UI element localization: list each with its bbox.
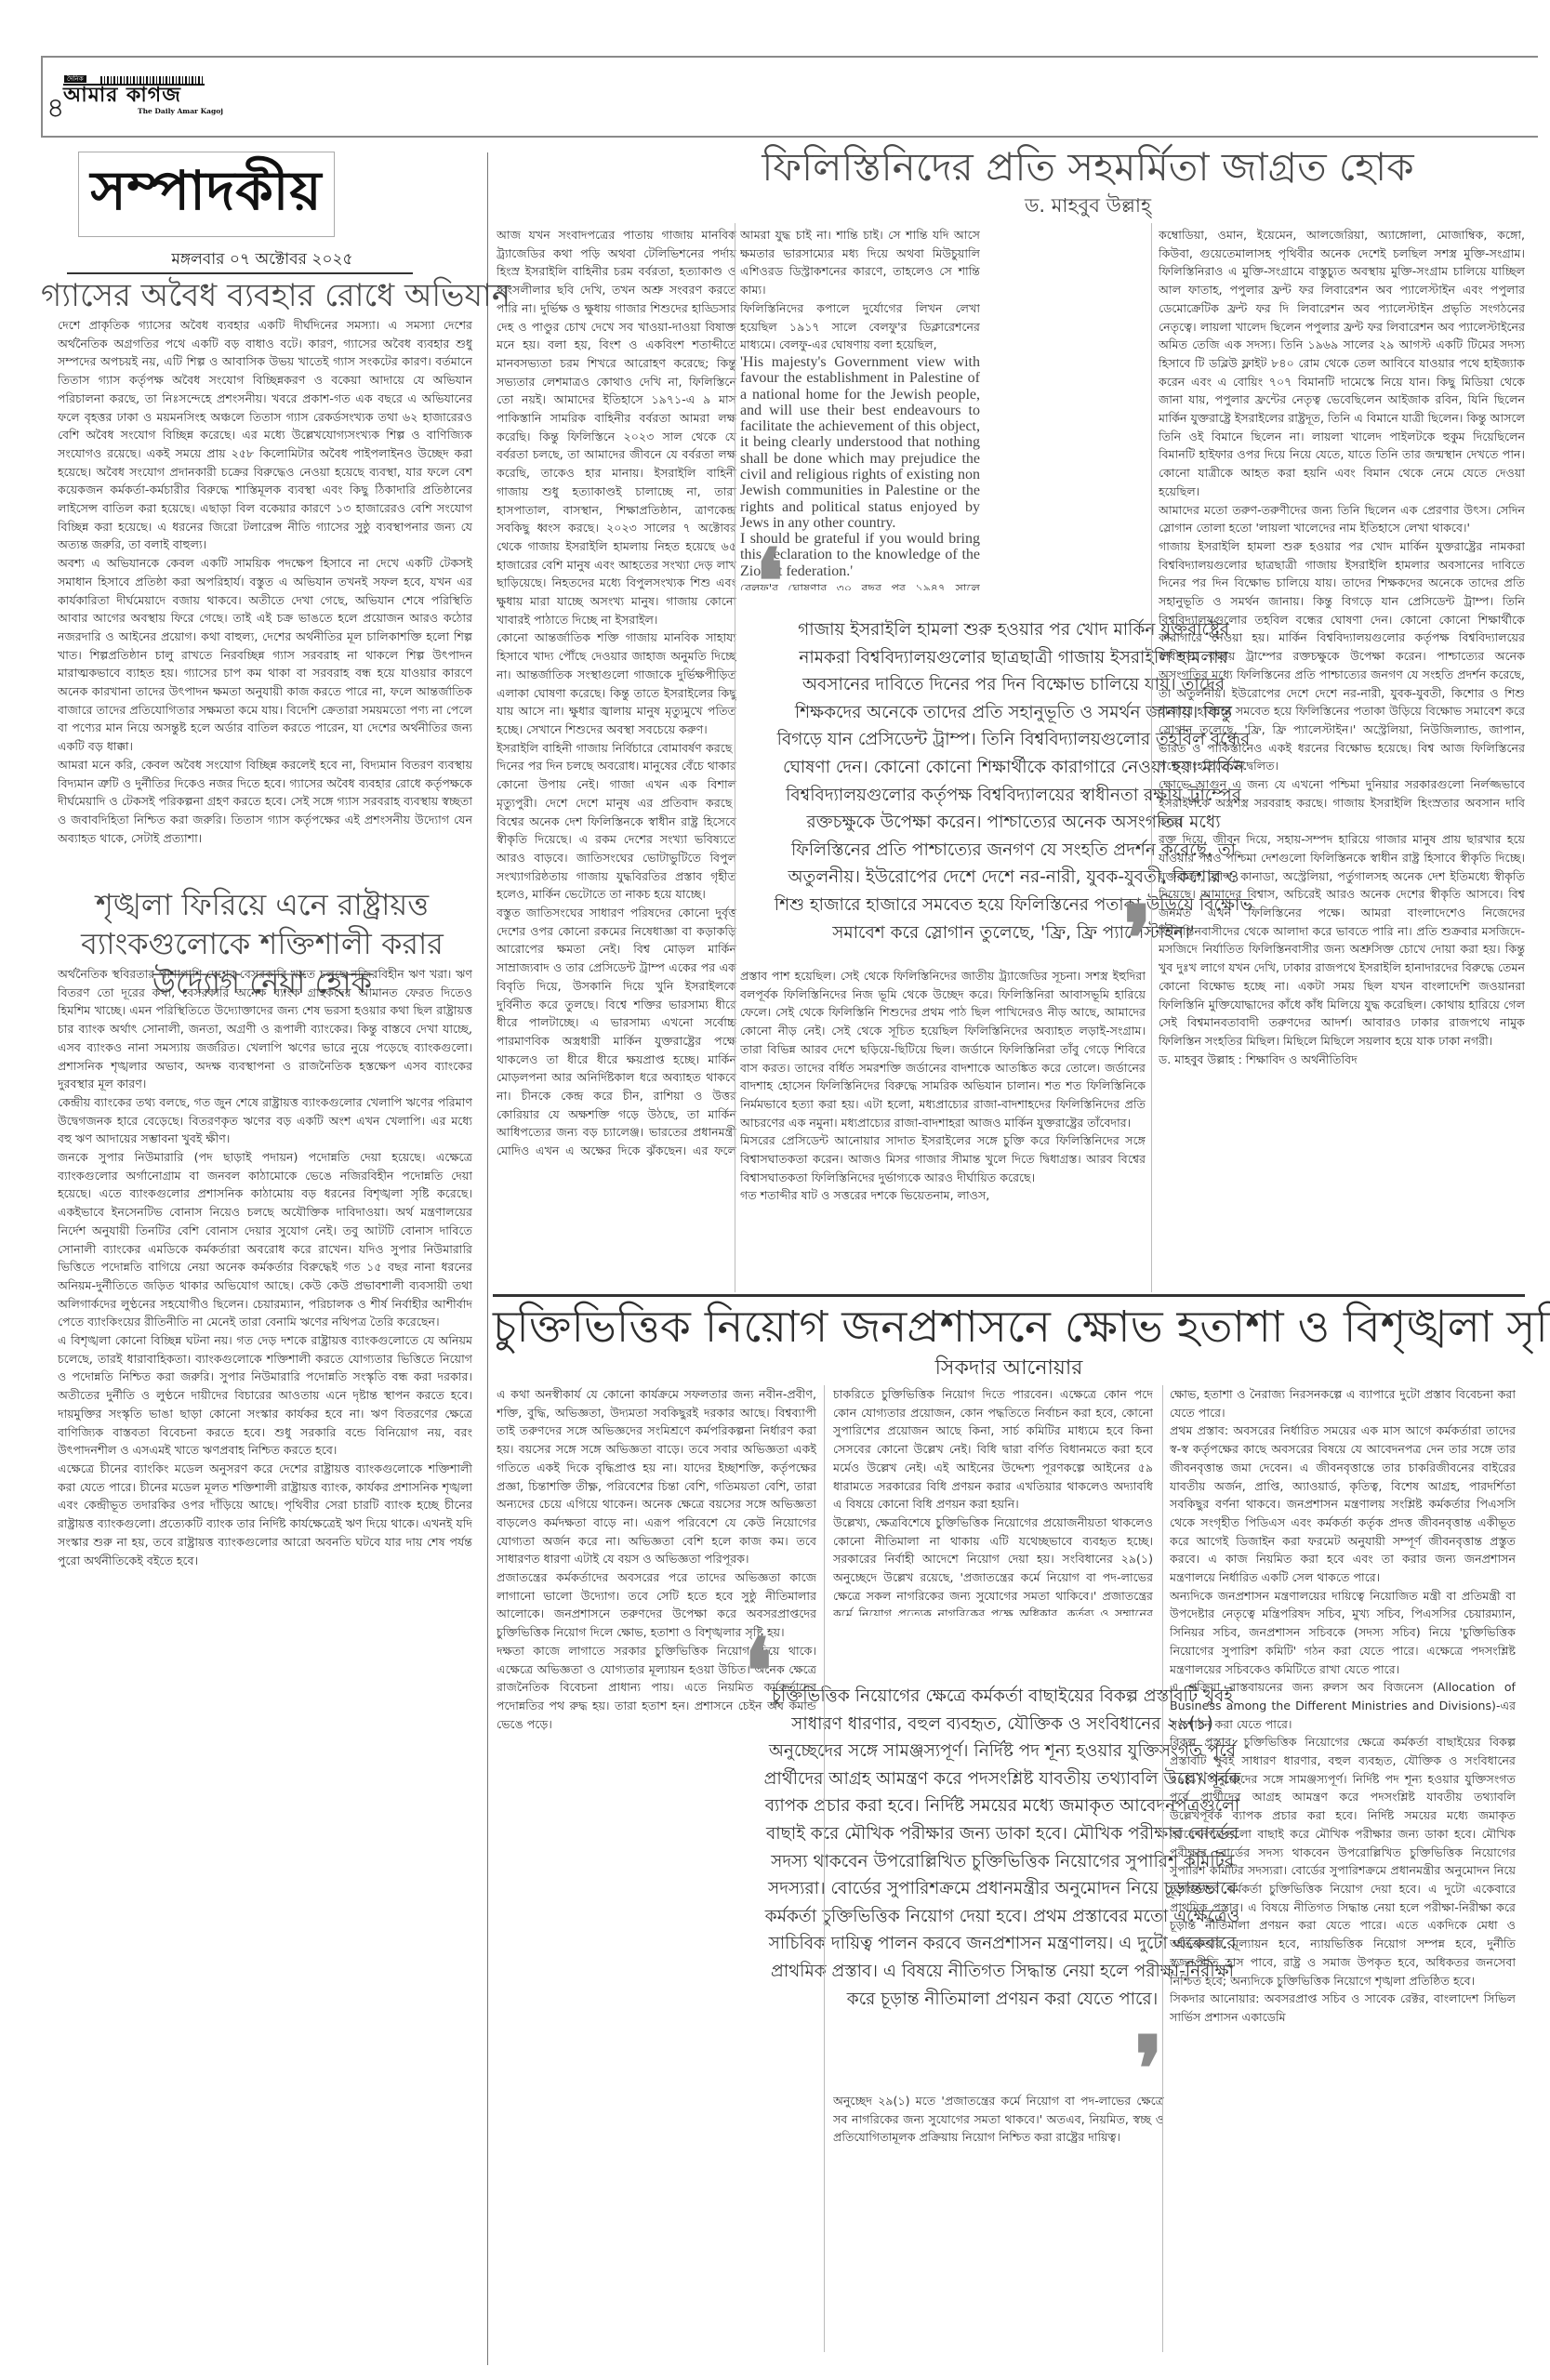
paragraph: জনকে সুপার নিউমারারি (পদ ছাড়াই পদায়ন) … — [58, 1148, 472, 1331]
paragraph: কেন্দ্রীয় ব্যাংকের তথ্য বলছে, গত জুন শে… — [58, 1093, 472, 1148]
article-2-title[interactable]: চুক্তিভিত্তিক নিয়োগ জনপ্রশাসনে ক্ষোভ হত… — [493, 1300, 1525, 1355]
paragraph: আমরা যুদ্ধ চাই না। শান্তি চাই। সে শান্তি… — [740, 226, 980, 299]
paragraph: অবশ্য এ অভিযানকে কেবল একটি সাময়িক পদক্ষ… — [58, 554, 472, 756]
paragraph: উল্লেখ্য, ক্ষেত্রবিশেষে চুক্তিভিত্তিক নি… — [833, 1514, 1153, 1616]
paragraph: আমরা মনে করি, কেবল অবৈধ সংযোগ বিচ্ছিন্ন … — [58, 756, 472, 848]
editorial-date-rule — [67, 272, 413, 274]
column-divider — [487, 152, 488, 2365]
author-note: ড. মাহবুব উল্লাহ : শিক্ষাবিদ ও অর্থনীতিব… — [1159, 1051, 1525, 1069]
article-2-column-3: ক্ষোভ, হতাশা ও নৈরাজ্য নিরসনকল্পে এ ব্যা… — [1170, 1385, 1516, 2343]
article-1-col-divider — [735, 223, 735, 1292]
paragraph: এ বিশৃঙ্খলা কোনো বিচ্ছিন্ন ঘটনা নয়। গত … — [58, 1331, 472, 1460]
paragraph: কম্বোডিয়া, ওমান, ইয়েমেন, আলজেরিয়া, অ্… — [1159, 226, 1525, 501]
article-2-column-2-bottom: অনুচ্ছেদ ২৯(১) মতে 'প্রজাতন্ত্রের কর্মে … — [833, 2092, 1164, 2358]
article-2-col-divider — [824, 1385, 825, 2352]
article-1-pull-quote: গাজায় ইসরাইলি হামলা শুরু হওয়ার পর খোদ … — [772, 616, 1255, 946]
paragraph: প্রস্তাব পাশ হয়েছিল। সেই থেকে ফিলিস্তিন… — [740, 967, 1146, 1131]
paragraph: গত শতাব্দীর ষাট ও সত্তরের দশকে ভিয়েতনাম… — [740, 1186, 1146, 1205]
article-1-column-1: আজ যখন সংবাদপত্রের পাতায় গাজায় মানবিক … — [497, 226, 736, 1156]
paragraph: আজ যখন সংবাদপত্রের পাতায় গাজায় মানবিক … — [497, 226, 736, 628]
paragraph: ফিলিস্তিনিদের কপালে দুর্যোগের লিখন লেখা … — [740, 299, 980, 354]
paragraph: বিকল্প প্রস্তাব: চুক্তিভিত্তিক নিয়োগের … — [1170, 1733, 1516, 1990]
masthead-daily-label: দৈনিক — [64, 75, 86, 83]
editorial-title-box: সম্পাদকীয় — [78, 152, 335, 237]
paragraph: এক্ষেত্রে চীনের ব্যাংকিং মডেল অনুসরণ করে… — [58, 1460, 472, 1569]
quote-paragraph: 'His majesty's Government view with favo… — [740, 354, 980, 531]
paragraph: মিসরের প্রেসিডেন্ট আনোয়ার সাদাত ইসরাইলে… — [740, 1131, 1146, 1186]
masthead-name: আমার কাগজ — [63, 85, 181, 107]
paragraph: অনুচ্ছেদ ২৯(১) মতে 'প্রজাতন্ত্রের কর্মে … — [833, 2092, 1164, 2147]
paragraph: চাকরিতে চুক্তিভিত্তিক নিয়োগ দিতে পারবেন… — [833, 1385, 1153, 1514]
article-2-col-divider — [1162, 1385, 1163, 2352]
editorial-date: মঙ্গলবার ০৭ অক্টোবর ২০২৫ — [41, 247, 484, 273]
article-1-continuation: প্রস্তাব পাশ হয়েছিল। সেই থেকে ফিলিস্তিন… — [740, 967, 1146, 1287]
masthead-logo[interactable]: দৈনিক আমার কাগজ The Daily Amar Kagoj — [63, 74, 205, 117]
paragraph: ক্ষোভ, হতাশা ও নৈরাজ্য নিরসনকল্পে এ ব্যা… — [1170, 1385, 1516, 1421]
paragraph: অর্থনৈতিক স্থবিরতার পাশাপাশি দেশের বেসরক… — [58, 965, 472, 1093]
editorial-1-body: দেশে প্রাকৃতিক গ্যাসের অবৈধ ব্যবহার একটি… — [58, 316, 472, 872]
editorial-section-title: সম্পাদকীয় — [90, 150, 322, 240]
article-separator-rule — [493, 1294, 1525, 1297]
article-1-col-divider — [1151, 223, 1152, 1292]
article-1-title[interactable]: ফিলিস্তিনিদের প্রতি সহমর্মিতা জাগ্রত হোক — [669, 139, 1506, 195]
article-2-byline: সিকদার আনোয়ার — [493, 1355, 1525, 1382]
editorial-1-headline[interactable]: গ্যাসের অবৈধ ব্যবহার রোধে অভিযান — [41, 277, 484, 314]
article-1-byline: ড. মাহবুব উল্লাহ্ — [669, 192, 1506, 218]
page-number: ৪ — [46, 86, 64, 133]
masthead-english: The Daily Amar Kagoj — [138, 107, 223, 115]
author-note: সিকদার আনোয়ার: অবসরপ্রাপ্ত সচিব ও সাবেক… — [1170, 1990, 1516, 2026]
paragraph: এ কথা অনস্বীকার্য যে কোনো কার্যক্রমে সফল… — [497, 1385, 816, 1568]
paragraph: দেশে প্রাকৃতিক গ্যাসের অবৈধ ব্যবহার একটি… — [58, 316, 472, 554]
article-2-column-2-top: চাকরিতে চুক্তিভিত্তিক নিয়োগ দিতে পারবেন… — [833, 1385, 1153, 1616]
paragraph: ইসরাইলি বাহিনী গাজায় নির্বিচারে বোমাবর্… — [497, 739, 736, 904]
open-quote-icon: ❛ — [755, 537, 784, 627]
paragraph: কোনো আন্তর্জাতিক শক্তি গাজায় মানবিক সাহ… — [497, 628, 736, 738]
paragraph: অন্যদিকে জনপ্রশাসন মন্ত্রণালয়ের দায়িত্… — [1170, 1587, 1516, 1679]
skyline-icon — [100, 76, 205, 84]
paragraph: আমাদের মতো তরুণ-তরুণীদের জন্য তিনি ছিলেন… — [1159, 501, 1525, 537]
paragraph: এ প্রক্রিয়া বাস্তবায়নের জন্য রুলস অব ব… — [1170, 1678, 1516, 1733]
editorial-2-body: অর্থনৈতিক স্থবিরতার পাশাপাশি দেশের বেসরক… — [58, 965, 472, 2320]
paragraph: বস্তুত জাতিসংঘের সাধারণ পরিষদের কোনো দুর… — [497, 904, 736, 1156]
paragraph: প্রথম প্রস্তাব: অবসরের নির্ধারিত সময়ের … — [1170, 1421, 1516, 1586]
masthead-top-band: দৈনিক — [63, 74, 205, 84]
page-header — [41, 56, 1538, 138]
